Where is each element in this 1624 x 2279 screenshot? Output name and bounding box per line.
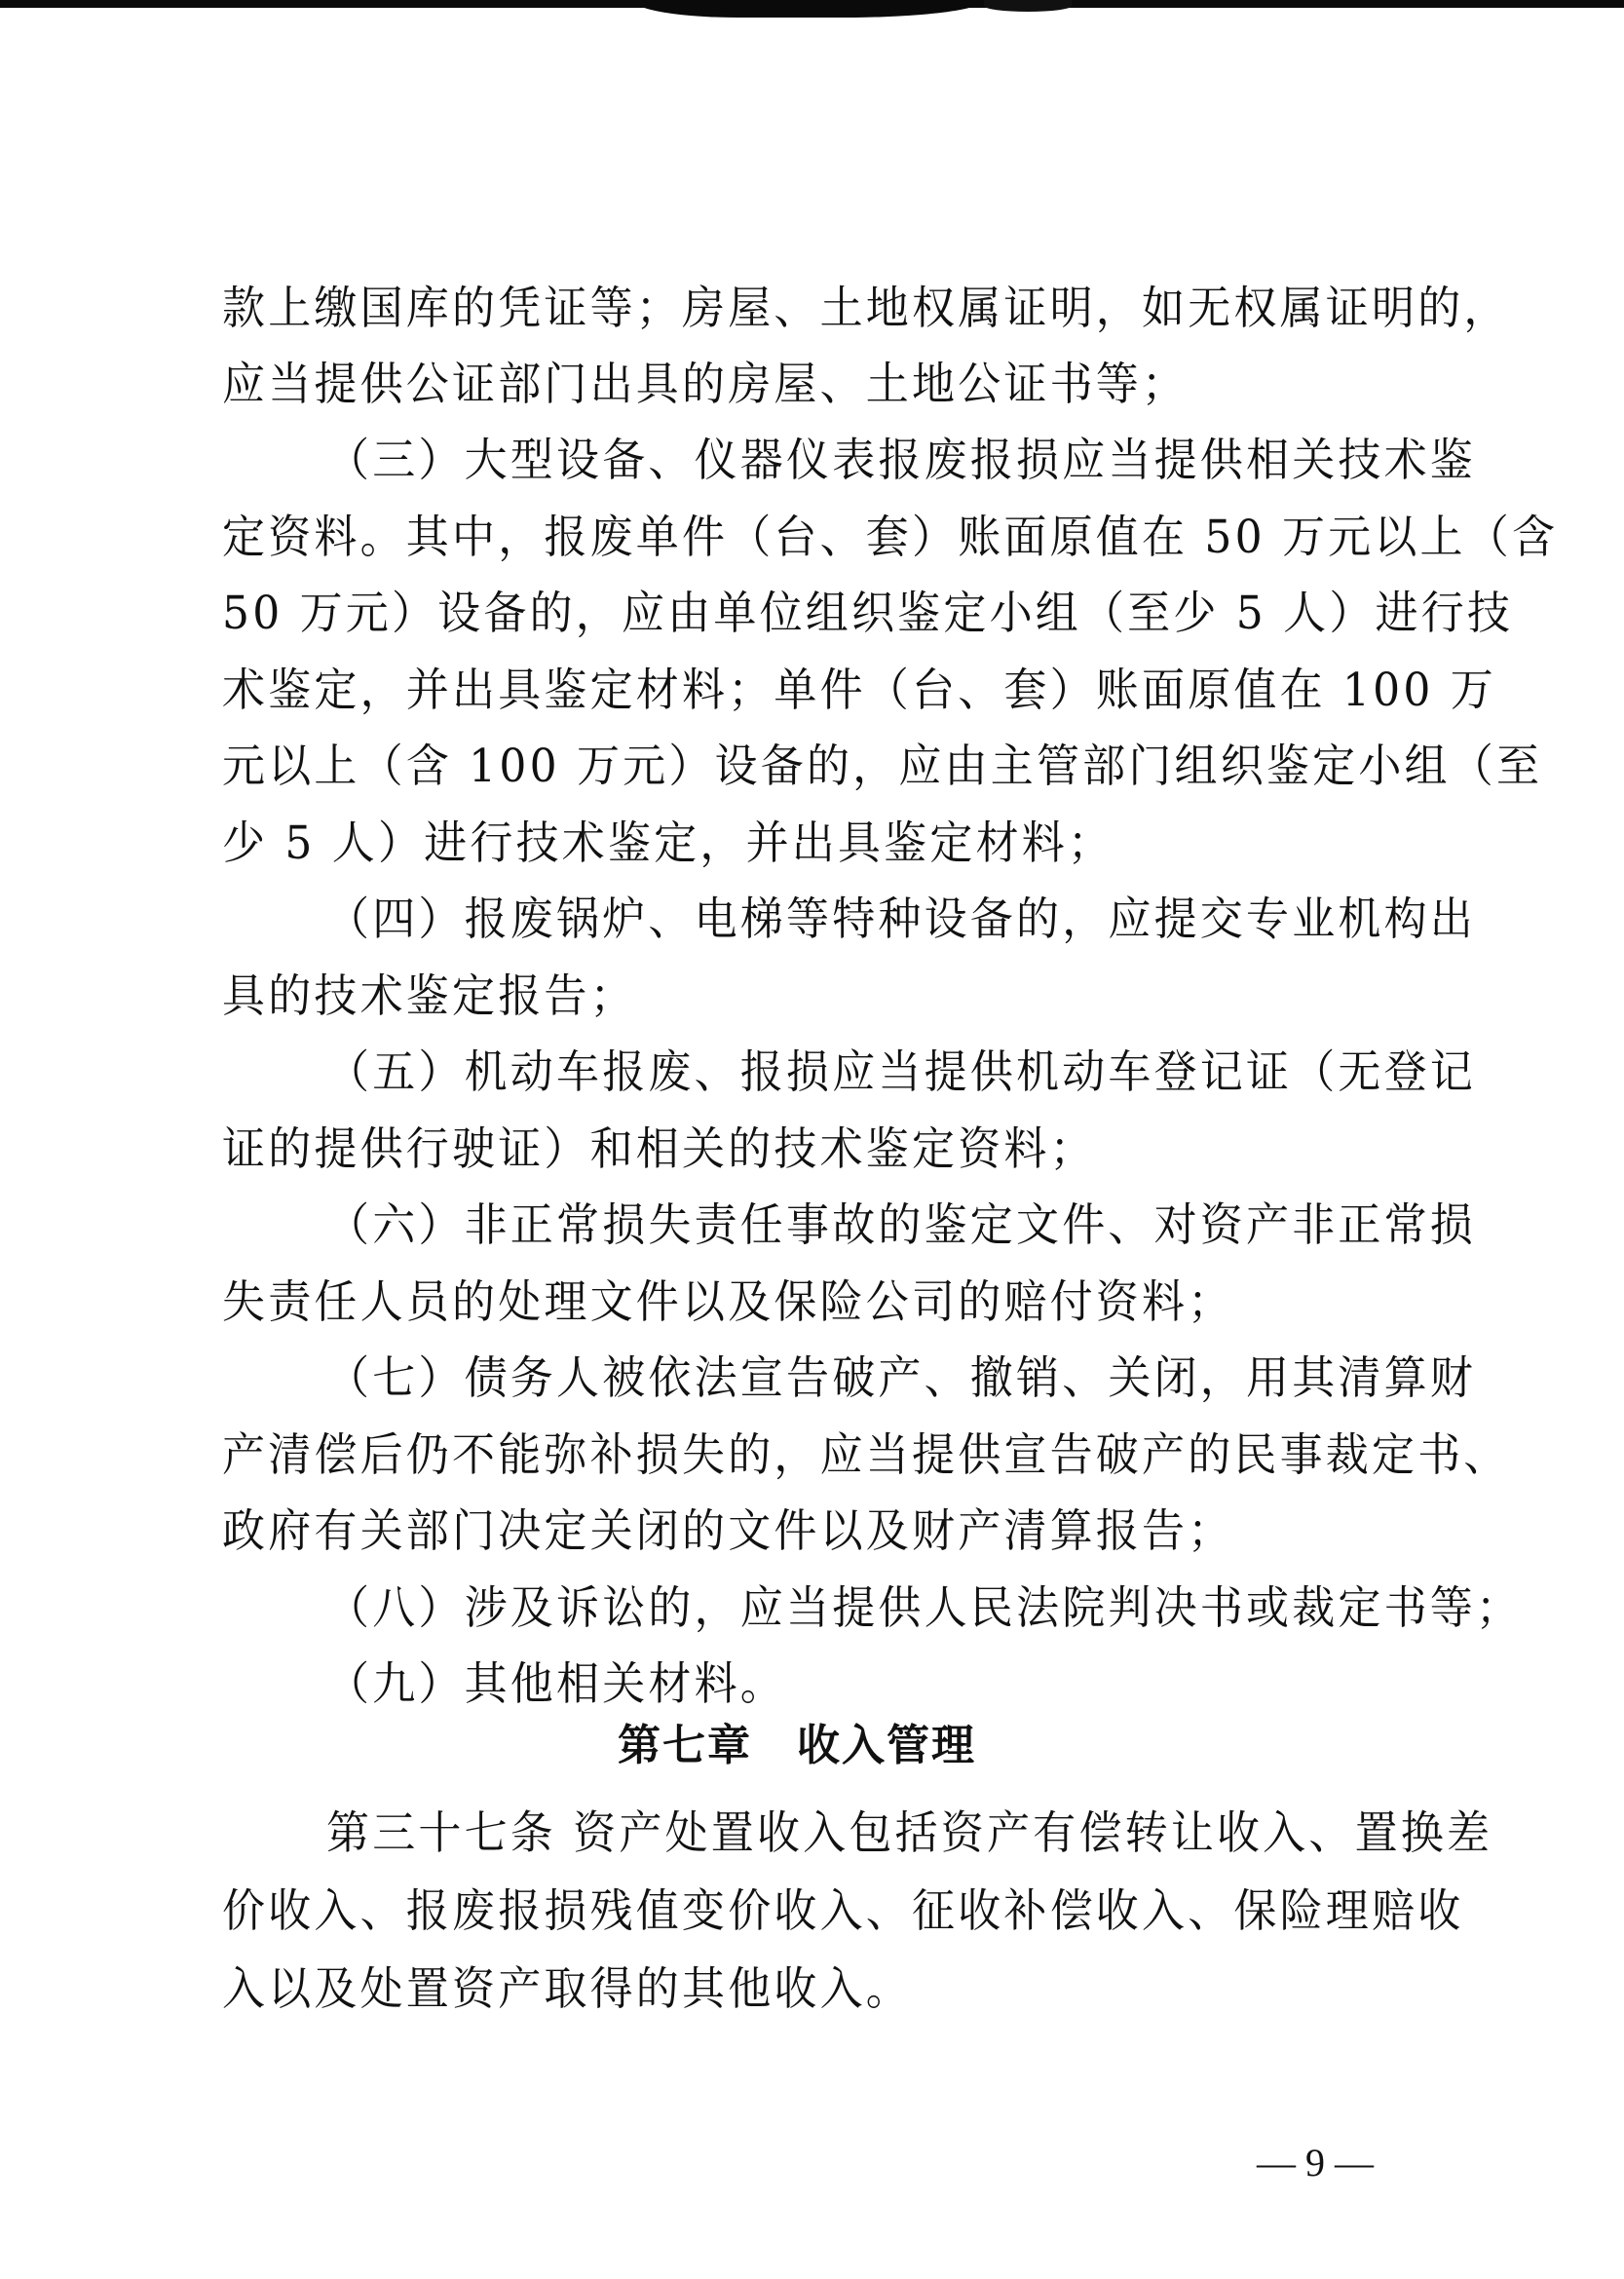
text-line: （三）大型设备、仪器仪表报废报损应当提供相关技术鉴 — [326, 430, 1372, 492]
text-line: （七）债务人被依法宣告破产、撤销、关闭，用其清算财 — [326, 1348, 1372, 1410]
text-line: （六）非正常损失责任事故的鉴定文件、对资产非正常损 — [326, 1195, 1372, 1257]
page-number: — 9 — — [1237, 2139, 1393, 2187]
text-line: 应当提供公证部门出具的房屋、土地公证书等； — [222, 354, 1372, 416]
text-line: 具的技术鉴定报告； — [222, 966, 1372, 1028]
text-line: 证的提供行驶证）和相关的技术鉴定资料； — [222, 1119, 1372, 1181]
text-line: 少 5 人）进行技术鉴定，并出具鉴定材料； — [222, 813, 1372, 875]
scan-artifact — [984, 0, 1072, 12]
article-line: 价收入、报废报损残值变价收入、征收补偿收入、保险理赔收 — [222, 1880, 1372, 1943]
text-line: 元以上（含 100 万元）设备的，应由主管部门组织鉴定小组（至 — [222, 736, 1372, 798]
text-line: 款上缴国库的凭证等；房屋、土地权属证明，如无权属证明的， — [222, 278, 1372, 340]
text-line: 50 万元）设备的，应由单位组织鉴定小组（至少 5 人）进行技 — [222, 583, 1372, 645]
text-line: （四）报废锅炉、电梯等特种设备的，应提交专业机构出 — [326, 889, 1372, 951]
article-line: 第三十七条 资产处置收入包括资产有偿转让收入、置换差 — [326, 1803, 1372, 1865]
text-line: 定资料。其中，报废单件（台、套）账面原值在 50 万元以上（含 — [222, 507, 1372, 569]
text-line: 产清偿后仍不能弥补损失的，应当提供宣告破产的民事裁定书、 — [222, 1424, 1372, 1487]
text-line: （九）其他相关材料。 — [326, 1653, 1372, 1716]
text-line: （五）机动车报废、报损应当提供机动车登记证（无登记 — [326, 1042, 1372, 1104]
text-line: 术鉴定，并出具鉴定材料；单件（台、套）账面原值在 100 万 — [222, 660, 1372, 722]
article-line: 入以及处置资产取得的其他收入。 — [222, 1958, 1372, 2021]
text-line: 政府有关部门决定关闭的文件以及财产清算报告； — [222, 1500, 1372, 1563]
chapter-heading: 第七章 收入管理 — [222, 1717, 1372, 1775]
scan-artifact — [633, 0, 984, 18]
text-line: （八）涉及诉讼的，应当提供人民法院判决书或裁定书等； — [326, 1577, 1372, 1640]
text-line: 失责任人员的处理文件以及保险公司的赔付资料； — [222, 1272, 1372, 1334]
